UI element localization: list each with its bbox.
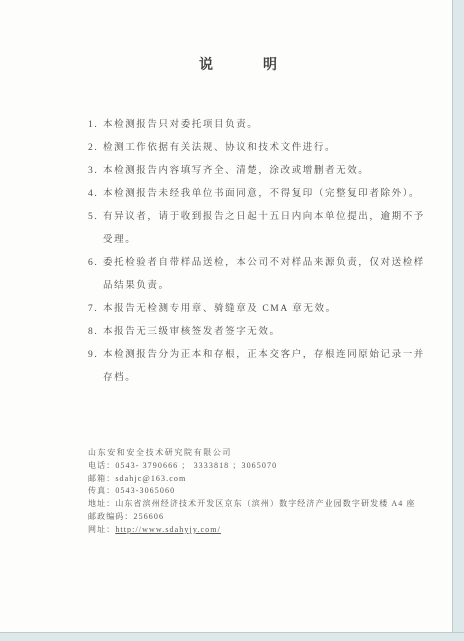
note-item-6: 6. 委托检验者自带样品送检，本公司不对样品来源负责，仅对送检样品结果负责。 xyxy=(88,252,425,298)
note-number: 9. xyxy=(88,344,103,390)
note-number: 6. xyxy=(88,252,103,298)
page-title-char-1: 说 xyxy=(199,54,214,74)
note-text: 本检测报告未经我单位书面同意，不得复印（完整复印者除外）。 xyxy=(103,183,425,206)
phone-value: 0543- 3790666 ； 3333818 ；3065070 xyxy=(115,461,277,470)
page-edge-bottom xyxy=(0,632,464,641)
fax-label: 传真： xyxy=(88,486,115,495)
note-number: 2. xyxy=(88,137,103,160)
company-name: 山东安和安全技术研究院有限公司 xyxy=(88,447,433,460)
postcode-label: 邮政编码： xyxy=(88,512,134,521)
note-number: 8. xyxy=(88,321,103,344)
postcode-value: 256606 xyxy=(134,512,165,521)
note-item-1: 1. 本检测报告只对委托项目负责。 xyxy=(88,114,425,137)
note-number: 5. xyxy=(88,206,103,252)
note-item-8: 8. 本报告无三级审核签发者签字无效。 xyxy=(88,321,425,344)
fax-value: 0543-3065060 xyxy=(115,486,175,495)
page-title-char-2: 明 xyxy=(263,54,278,74)
address-value: 山东省滨州经济技术开发区京东（滨州）数字经济产业园数字研发楼 A4 座 xyxy=(115,499,415,508)
note-text: 检测工作依据有关法规、协议和技术文件进行。 xyxy=(103,137,425,160)
note-number: 1. xyxy=(88,114,103,137)
address-label: 地址： xyxy=(88,499,115,508)
note-item-2: 2. 检测工作依据有关法规、协议和技术文件进行。 xyxy=(88,137,425,160)
phone-label: 电话： xyxy=(88,461,115,470)
scanned-document: 说 明 1. 本检测报告只对委托项目负责。 2. 检测工作依据有关法规、协议和技… xyxy=(0,0,464,641)
note-text: 委托检验者自带样品送检，本公司不对样品来源负责，仅对送检样品结果负责。 xyxy=(103,252,425,298)
footer-contact-block: 山东安和安全技术研究院有限公司 电话：0543- 3790666 ； 33338… xyxy=(88,447,433,537)
email-row: 邮箱：sdahjc@163.com xyxy=(88,473,433,486)
note-text: 本检测报告内容填写齐全、清楚，涂改或增删者无效。 xyxy=(103,160,425,183)
website-label: 网址： xyxy=(88,525,115,534)
note-text: 有异议者，请于收到报告之日起十五日内向本单位提出，逾期不予受理。 xyxy=(103,206,425,252)
fax-row: 传真：0543-3065060 xyxy=(88,485,433,498)
note-text: 本检测报告分为正本和存根，正本交客户，存根连同原始记录一并存档。 xyxy=(103,344,425,390)
note-item-5: 5. 有异议者，请于收到报告之日起十五日内向本单位提出，逾期不予受理。 xyxy=(88,206,425,252)
note-item-9: 9. 本检测报告分为正本和存根，正本交客户，存根连同原始记录一并存档。 xyxy=(88,344,425,390)
page-title: 说 明 xyxy=(12,54,464,74)
phone-row: 电话：0543- 3790666 ； 3333818 ；3065070 xyxy=(88,460,433,473)
website-url: http://www.sdahyjy.com/ xyxy=(115,525,221,534)
note-text: 本报告无检测专用章、骑缝章及 CMA 章无效。 xyxy=(103,298,425,321)
note-number: 7. xyxy=(88,298,103,321)
note-number: 3. xyxy=(88,160,103,183)
document-page: 说 明 1. 本检测报告只对委托项目负责。 2. 检测工作依据有关法规、协议和技… xyxy=(0,0,453,633)
website-row: 网址：http://www.sdahyjy.com/ xyxy=(88,524,433,537)
note-item-4: 4. 本检测报告未经我单位书面同意，不得复印（完整复印者除外）。 xyxy=(88,183,425,206)
note-text: 本检测报告只对委托项目负责。 xyxy=(103,114,425,137)
note-text: 本报告无三级审核签发者签字无效。 xyxy=(103,321,425,344)
note-item-7: 7. 本报告无检测专用章、骑缝章及 CMA 章无效。 xyxy=(88,298,425,321)
note-item-3: 3. 本检测报告内容填写齐全、清楚，涂改或增删者无效。 xyxy=(88,160,425,183)
email-value: sdahjc@163.com xyxy=(115,474,186,483)
note-number: 4. xyxy=(88,183,103,206)
page-edge-right xyxy=(452,0,464,641)
address-row: 地址：山东省滨州经济技术开发区京东（滨州）数字经济产业园数字研发楼 A4 座 xyxy=(88,498,433,511)
postcode-row: 邮政编码：256606 xyxy=(88,511,433,524)
email-label: 邮箱： xyxy=(88,474,115,483)
notes-list: 1. 本检测报告只对委托项目负责。 2. 检测工作依据有关法规、协议和技术文件进… xyxy=(88,114,425,390)
